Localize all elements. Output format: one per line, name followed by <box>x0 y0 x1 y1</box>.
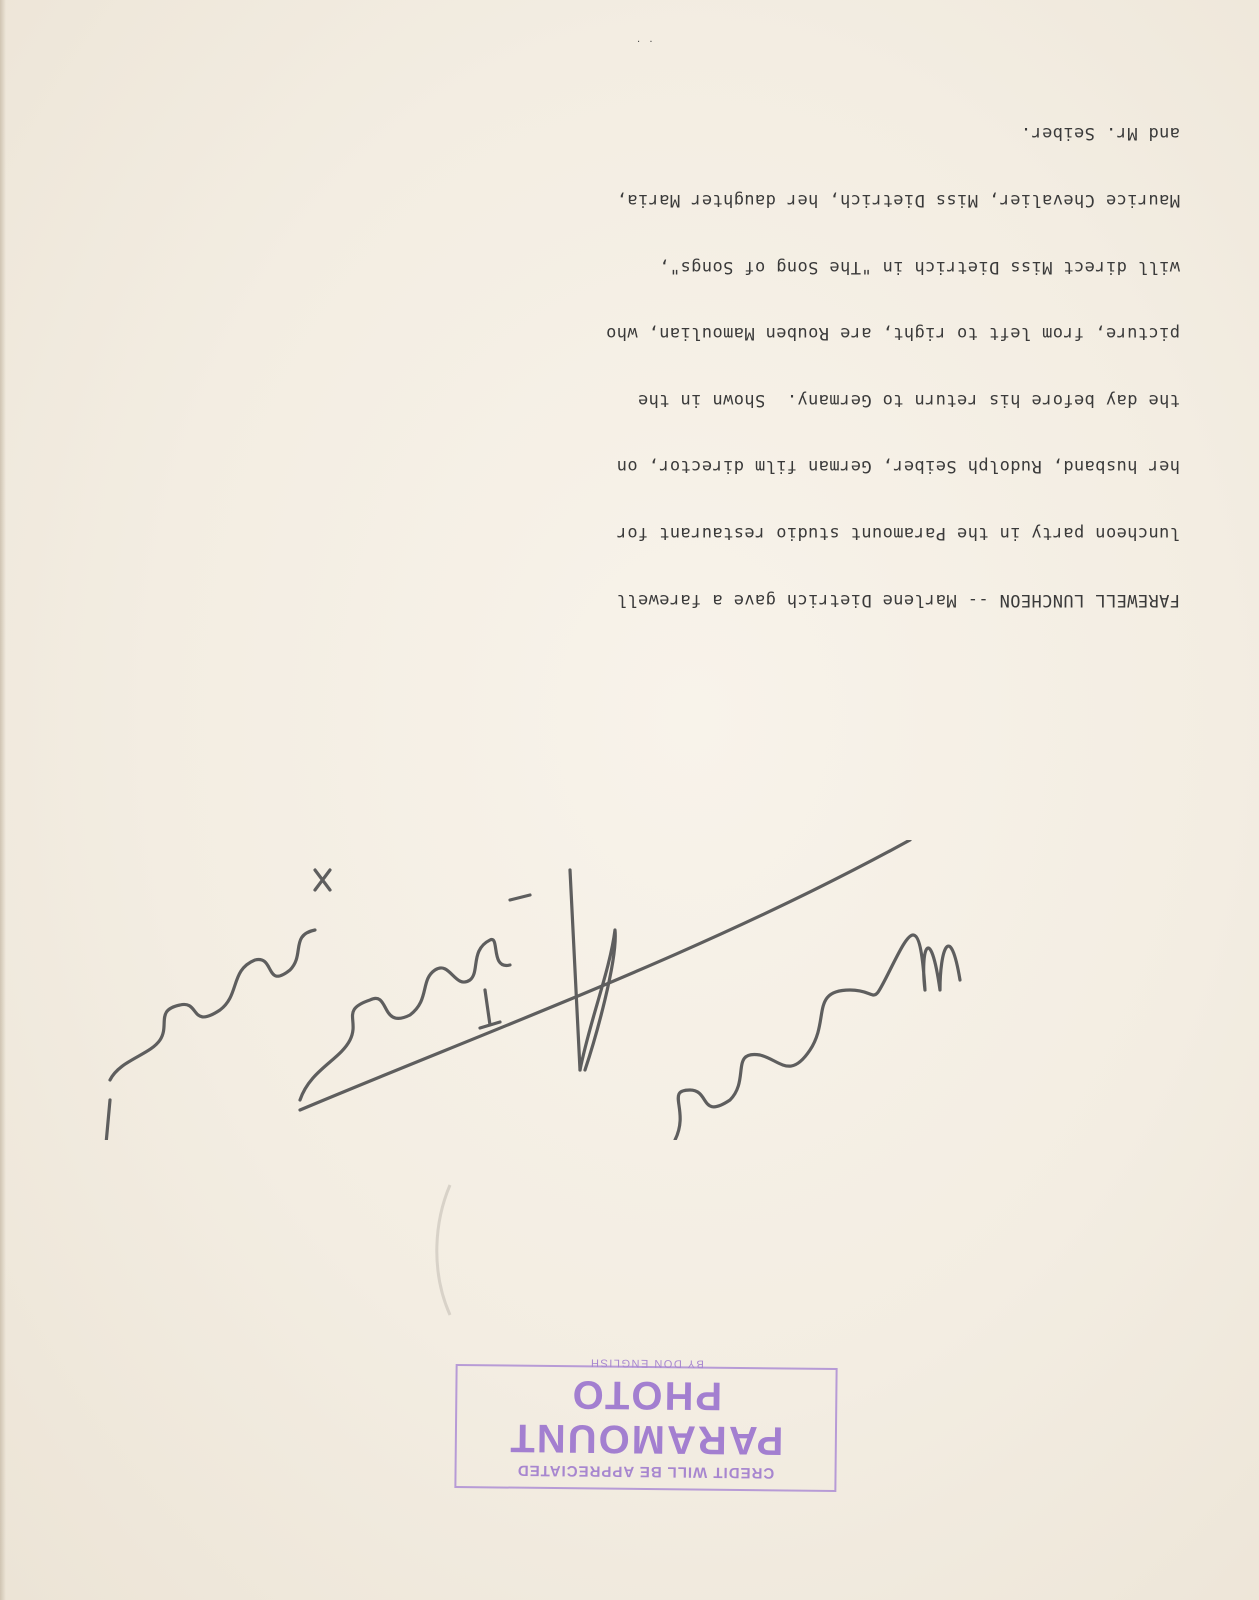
caption-line: will direct Miss Dietrich in "The Song o… <box>170 255 1180 277</box>
faint-pencil-mark-icon <box>420 1180 480 1320</box>
caption-line: picture, from left to right, are Rouben … <box>170 322 1180 344</box>
caption-line: the day before his return to Germany. Sh… <box>170 389 1180 411</box>
stamp-brand-line: PARAMOUNT PHOTO <box>457 1371 836 1463</box>
stamp-byline: BY DON ENGLISH <box>458 1355 836 1371</box>
paramount-photo-stamp: CREDIT WILL BE APPRECIATED PARAMOUNT PHO… <box>454 1364 837 1492</box>
dust-specks: . . <box>637 34 656 45</box>
caption-line: FAREWELL LUNCHEON -- Marlene Dietrich ga… <box>170 588 1180 610</box>
pencil-handwriting: Marlene <box>90 840 990 1140</box>
caption-line: her husband, Rudolph Seiber, German film… <box>170 455 1180 477</box>
handwriting-strokes-icon <box>90 840 990 1140</box>
caption-line: luncheon party in the Paramount studio r… <box>170 522 1180 544</box>
caption-line: and Mr. Seiber. <box>170 122 1180 144</box>
caption-line: Maurice Chevalier, Miss Dietrich, her da… <box>170 189 1180 211</box>
stamp-credit-line: CREDIT WILL BE APPRECIATED <box>456 1461 834 1482</box>
typewritten-caption: FAREWELL LUNCHEON -- Marlene Dietrich ga… <box>170 465 1180 655</box>
photo-reverse-paper: . . FAREWELL LUNCHEON -- Marlene Dietric… <box>0 0 1259 1600</box>
paper-edge-shadow <box>0 0 6 1600</box>
